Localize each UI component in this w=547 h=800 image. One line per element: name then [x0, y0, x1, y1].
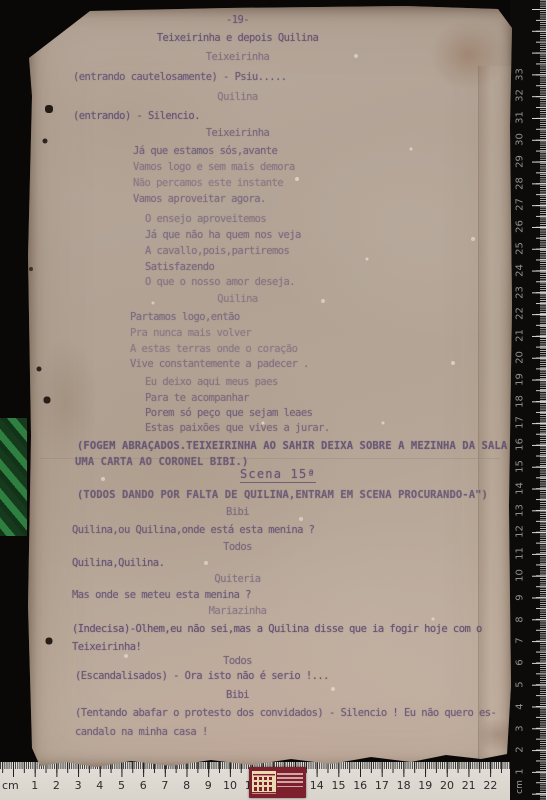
script-line-character: Quilina: [35, 91, 440, 104]
script-line-dialogue: (Escandalisados) - Ora isto não é serio …: [75, 670, 329, 683]
script-line-dialogue: candalo na minha casa !: [75, 726, 208, 739]
script-line-character: Mariazinha: [35, 605, 440, 618]
script-line-verse: Satisfazendo: [145, 261, 214, 274]
script-line-verse: A cavallo,pois,partiremos: [145, 245, 289, 258]
script-line-character: Quilina: [35, 293, 440, 306]
script-line-verse: Partamos logo,então: [130, 311, 240, 324]
archive-building-icon: [252, 771, 276, 794]
script-line-dialogue: (Tentando abafar o protesto dos convidad…: [75, 707, 496, 720]
script-line-dialogue: (Indecisa)-Olhem,eu não sei,mas a Quilin…: [72, 623, 482, 636]
script-line-title: Teixeirinha e depois Quilina: [35, 32, 440, 45]
script-line-verse: Já que estamos sós,avante: [133, 145, 277, 158]
archive-logo: [249, 767, 306, 798]
script-line-dialogue: Mas onde se meteu esta menina ?: [72, 589, 251, 602]
script-line-verse: O que o nosso amor deseja.: [145, 276, 295, 289]
script-line-character: Quiteria: [35, 573, 440, 586]
script-line-dialogue: (entrando cautelosamente) - Psiu.....: [73, 71, 287, 84]
script-line-stage-direction: UMA CARTA AO CORONEL BIBI.): [75, 456, 248, 469]
script-line-dialogue: Quilina,ou Quilina,onde está esta menina…: [72, 524, 314, 537]
script-line-dialogue: Quilina,Quilina.: [72, 557, 164, 570]
script-line-stage-direction: (TODOS DANDO POR FALTA DE QUILINA,ENTRAM…: [77, 489, 488, 502]
script-text-layer: -19-Teixeirinha e depois QuilinaTeixeiri…: [0, 0, 547, 800]
script-line-verse: Não percamos este instante: [133, 177, 283, 190]
script-line-character: Todos: [35, 655, 440, 668]
script-line-dialogue: Teixeirinha!: [72, 641, 141, 654]
script-line-verse: Pra nunca mais volver: [130, 327, 251, 340]
script-line-stage-direction: (FOGEM ABRAÇADOS.TEIXEIRINHA AO SAHIR DE…: [77, 440, 507, 453]
script-line-character: Teixeirinha: [35, 51, 440, 64]
script-line-verse: Eu deixo aqui meus paes: [145, 376, 278, 389]
script-line-verse: O ensejo aproveitemos: [145, 213, 266, 226]
script-line-verse: Vive constantemente a padecer .: [130, 358, 309, 371]
script-line-scene-heading: Scena 15ª: [240, 468, 316, 483]
script-line-verse: A estas terras onde o coração: [130, 343, 297, 356]
script-line-verse: Já que não ha quem nos veja: [145, 229, 301, 242]
script-line-character: Teixeirinha: [35, 127, 440, 140]
script-line-verse: Porem só peço que sejam leaes: [145, 407, 312, 420]
script-line-dialogue: (entrando) - Silencio.: [73, 110, 200, 123]
script-line-verse: Estas paixões que vives a jurar.: [145, 422, 330, 435]
script-line-character: Todos: [35, 541, 440, 554]
script-line-verse: Para te acompanhar: [145, 392, 249, 405]
script-line-page-number: -19-: [35, 14, 440, 27]
archive-logo-text-lines: [277, 773, 303, 790]
scanner-background: cm 12345678910111213141516171819202122 c…: [0, 0, 547, 800]
script-line-verse: Vamos aproveitar agora.: [133, 193, 266, 206]
script-line-verse: Vamos logo e sem mais demora: [133, 161, 295, 174]
script-line-character: Bibi: [35, 506, 440, 519]
script-line-character: Bibi: [35, 689, 440, 702]
